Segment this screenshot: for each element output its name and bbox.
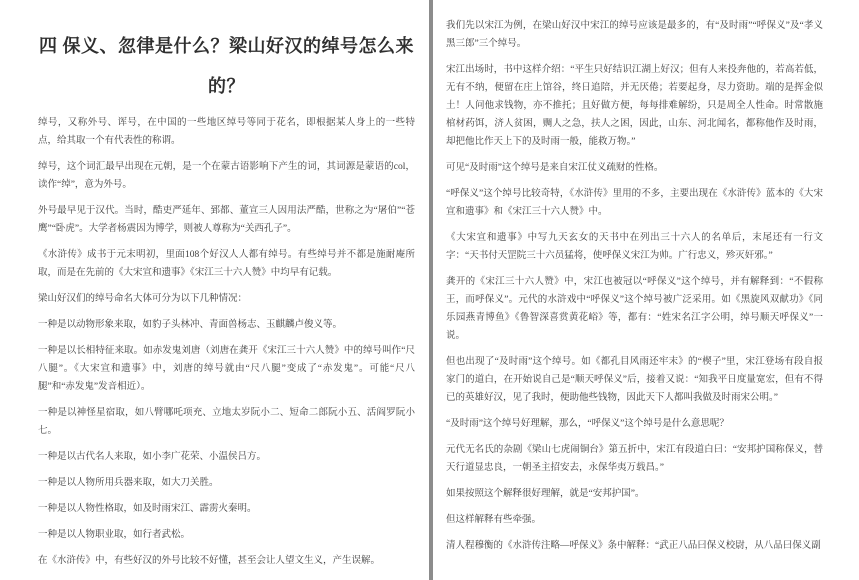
paragraph: 龚开的《宋江三十六人赞》中，宋江也被冠以“呼保义”这个绰号，并有解释到：“不假称… [446,273,823,345]
paragraph: 我们先以宋江为例，在梁山好汉中宋江的绰号应该是最多的，有“及时雨”“呼保义”及“… [446,17,823,53]
paragraph: 《大宋宣和遗事》中写九天玄女的天书中在列出三十六人的名单后，末尾还有一行文字：“… [446,229,823,265]
paragraph: “及时雨”这个绰号好理解，那么，“呼保义”这个绰号是什么意思呢？ [446,415,823,433]
paragraph: 元代无名氏的杂剧《梁山七虎闹铜台》第五折中，宋江有段道白曰：“安邦护国称保义，替… [446,441,823,477]
paragraph: 一种是以人物性格取，如及时雨宋江、霹雳火秦明。 [38,500,415,518]
page-right: 我们先以宋江为例，在梁山好汉中宋江的绰号应该是最多的，有“及时雨”“呼保义”及“… [433,0,859,580]
paragraph: 清人程穆衡的《水浒传注略—呼保义》条中解释：“武正八品曰保义校尉，从八品曰保义副 [446,537,823,555]
paragraph: 但也出现了“及时雨”这个绰号。如《都孔目风雨还牢末》的“楔子”里，宋江登场有段自… [446,353,823,407]
paragraph: 外号最早见于汉代。当时，酷吏严延年、郅都、董宣三人因用法严酷，世称之为“屠伯”“… [38,202,415,238]
paragraph: 绰号，这个词汇最早出现在元朝，是一个在蒙古语影响下产生的词，其词源是蒙语的col… [38,158,415,194]
paragraph: 一种是以动物形象来取，如豹子头林冲、青面兽杨志、玉麒麟卢俊义等。 [38,316,415,334]
paragraph: 一种是以神怪星宿取，如八臂哪吒项充、立地太岁阮小二、短命二郎阮小五、活阎罗阮小七… [38,404,415,440]
page-right-body: 我们先以宋江为例，在梁山好汉中宋江的绰号应该是最多的，有“及时雨”“呼保义”及“… [446,17,823,555]
paragraph: 宋江出场时，书中这样介绍：“平生只好结识江湖上好汉；但有人来投奔他的，若高若低，… [446,61,823,151]
paragraph: 《水浒传》成书于元末明初，里面108个好汉人人都有绰号。有些绰号并不都是施耐庵所… [38,246,415,282]
document-spread: 四 保义、忽律是什么？梁山好汉的绰号怎么来的？ 绰号，又称外号、诨号，在中国的一… [0,0,859,580]
paragraph: 一种是以长相特征来取。如赤发鬼刘唐（刘唐在龚开《宋江三十六人赞》中的绰号叫作“尺… [38,342,415,396]
paragraph: 一种是以古代名人来取，如小李广花荣、小温侯吕方。 [38,448,415,466]
paragraph: 在《水浒传》中，有些好汉的外号比较不好懂，甚至会让人望文生义，产生误解。 [38,552,415,570]
page-left: 四 保义、忽律是什么？梁山好汉的绰号怎么来的？ 绰号，又称外号、诨号，在中国的一… [0,0,429,580]
paragraph: 一种是以人物所用兵器来取，如大刀关胜。 [38,474,415,492]
paragraph: 可见“及时雨”这个绰号是来自宋江仗义疏财的性格。 [446,159,823,177]
paragraph: 如果按照这个解释很好理解，就是“安邦护国”。 [446,485,823,503]
page-title: 四 保义、忽律是什么？梁山好汉的绰号怎么来的？ [38,26,415,106]
paragraph: 梁山好汉们的绰号命名大体可分为以下几种情况： [38,290,415,308]
paragraph: 绰号，又称外号、诨号，在中国的一些地区绰号等同于花名，即根据某人身上的一些特点，… [38,114,415,150]
page-left-body: 绰号，又称外号、诨号，在中国的一些地区绰号等同于花名，即根据某人身上的一些特点，… [38,114,415,570]
paragraph: 但这样解释有些牵强。 [446,511,823,529]
paragraph: “呼保义”这个绰号比较奇特，《水浒传》里用的不多，主要出现在《水浒传》蓝本的《大… [446,185,823,221]
paragraph: 一种是以人物职业取，如行者武松。 [38,526,415,544]
